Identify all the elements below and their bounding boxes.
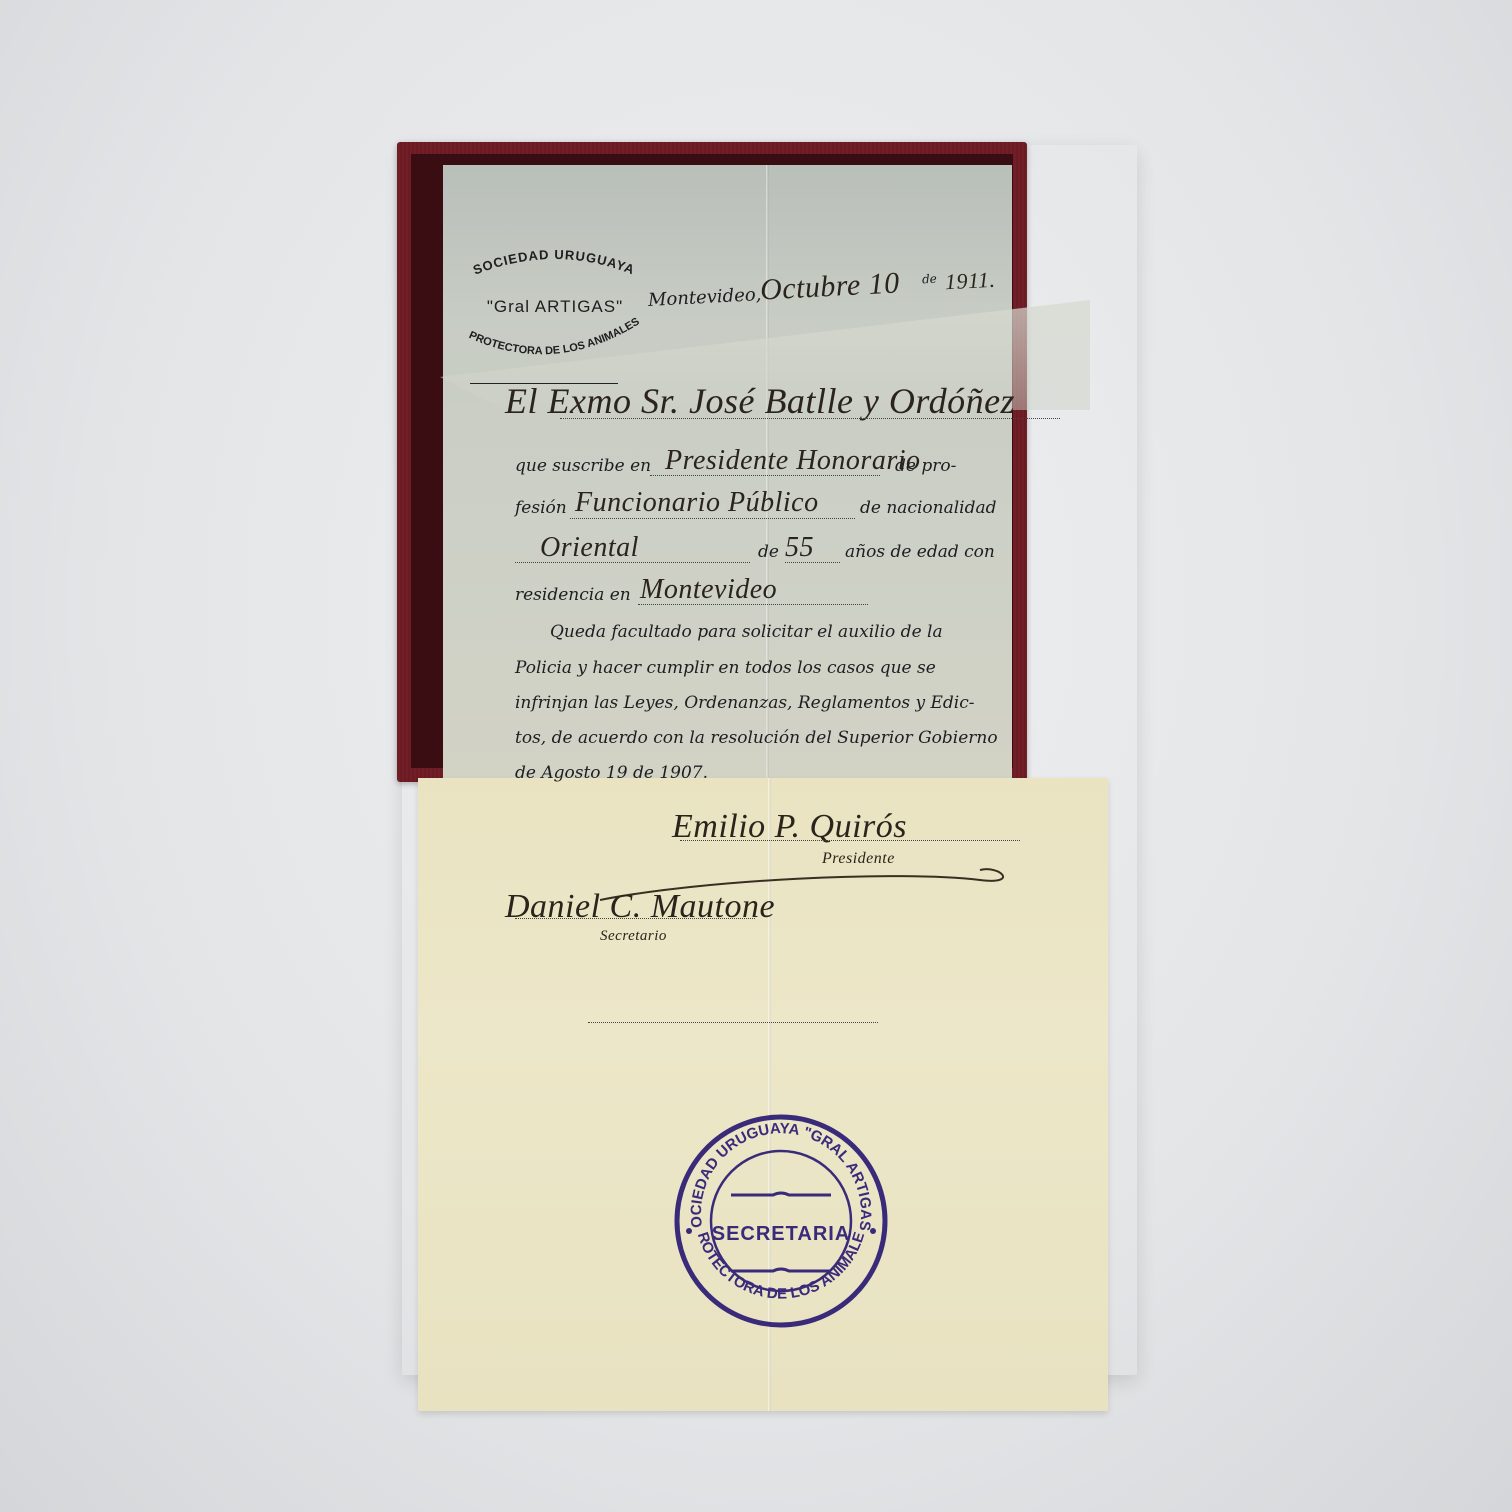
dateline-de: de [922, 272, 938, 287]
secretaria-stamp: SOCIEDAD URUGUAYA "GRAL ARTIGAS" PROTECT… [673, 1113, 889, 1329]
blank-fill-line [588, 1022, 878, 1023]
svg-text:SOCIEDAD URUGUAYA "GRAL ARTIGA: SOCIEDAD URUGUAYA "GRAL ARTIGAS" [673, 1113, 874, 1232]
secretary-title: Secretario [600, 928, 667, 945]
stamp-top-text: SOCIEDAD URUGUAYA "GRAL ARTIGAS" [673, 1113, 874, 1232]
body-line2-hand: Funcionario Público [575, 487, 819, 519]
body-line2-printed: fesión [515, 498, 567, 518]
body-line1-hand: Presidente Honorario [665, 445, 921, 477]
body-line1-after: de pro- [895, 456, 956, 476]
fill-line [515, 562, 750, 563]
recipient-name: El Exmo Sr. José Batlle y Ordóñez [505, 380, 1015, 422]
fill-line [638, 604, 868, 605]
letterhead-line3: PROTECTORA DE LOS ANIMALES [467, 316, 642, 358]
svg-text:PROTECTORA DE LOS ANIMALES: PROTECTORA DE LOS ANIMALES [467, 316, 642, 358]
fill-line [570, 518, 855, 519]
paragraph-line: Queda facultado para solicitar el auxili… [550, 622, 943, 642]
body-line1-printed: que suscribe en [515, 456, 651, 476]
stamp-center-text: SECRETARIA [712, 1223, 851, 1245]
signature-line [680, 840, 1020, 841]
paragraph-line: infrinjan las Leyes, Ordenanzas, Reglame… [515, 693, 975, 713]
body-line3-after: años de edad con [845, 542, 995, 562]
paragraph-line: tos, de acuerdo con la resolución del Su… [515, 728, 998, 748]
body-line4-hand: Montevideo [640, 574, 777, 606]
fill-line [650, 475, 880, 476]
fill-line [560, 418, 1060, 419]
secretary-signature: Daniel C. Mautone [505, 888, 775, 926]
body-line3-age: 55 [785, 532, 814, 564]
signature-line [515, 918, 755, 919]
letterhead-line2: "Gral ARTIGAS" [487, 297, 623, 316]
paragraph-line: de Agosto 19 de 1907. [515, 763, 708, 783]
fill-line [785, 562, 840, 563]
body-line3-de: de [758, 542, 779, 562]
dateline-year: 1911. [944, 267, 996, 296]
body-line3-hand: Oriental [540, 532, 639, 564]
letterhead-line1: SOCIEDAD URUGUAYA [471, 247, 637, 278]
body-line2-after: de nacionalidad [860, 498, 996, 518]
paragraph-line: Policia y hacer cumplir en todos los cas… [515, 658, 936, 678]
letterhead: SOCIEDAD URUGUAYA "Gral ARTIGAS" PROTECT… [445, 240, 665, 385]
svg-text:SOCIEDAD URUGUAYA: SOCIEDAD URUGUAYA [471, 247, 637, 278]
body-line4-printed: residencia en [515, 585, 631, 605]
